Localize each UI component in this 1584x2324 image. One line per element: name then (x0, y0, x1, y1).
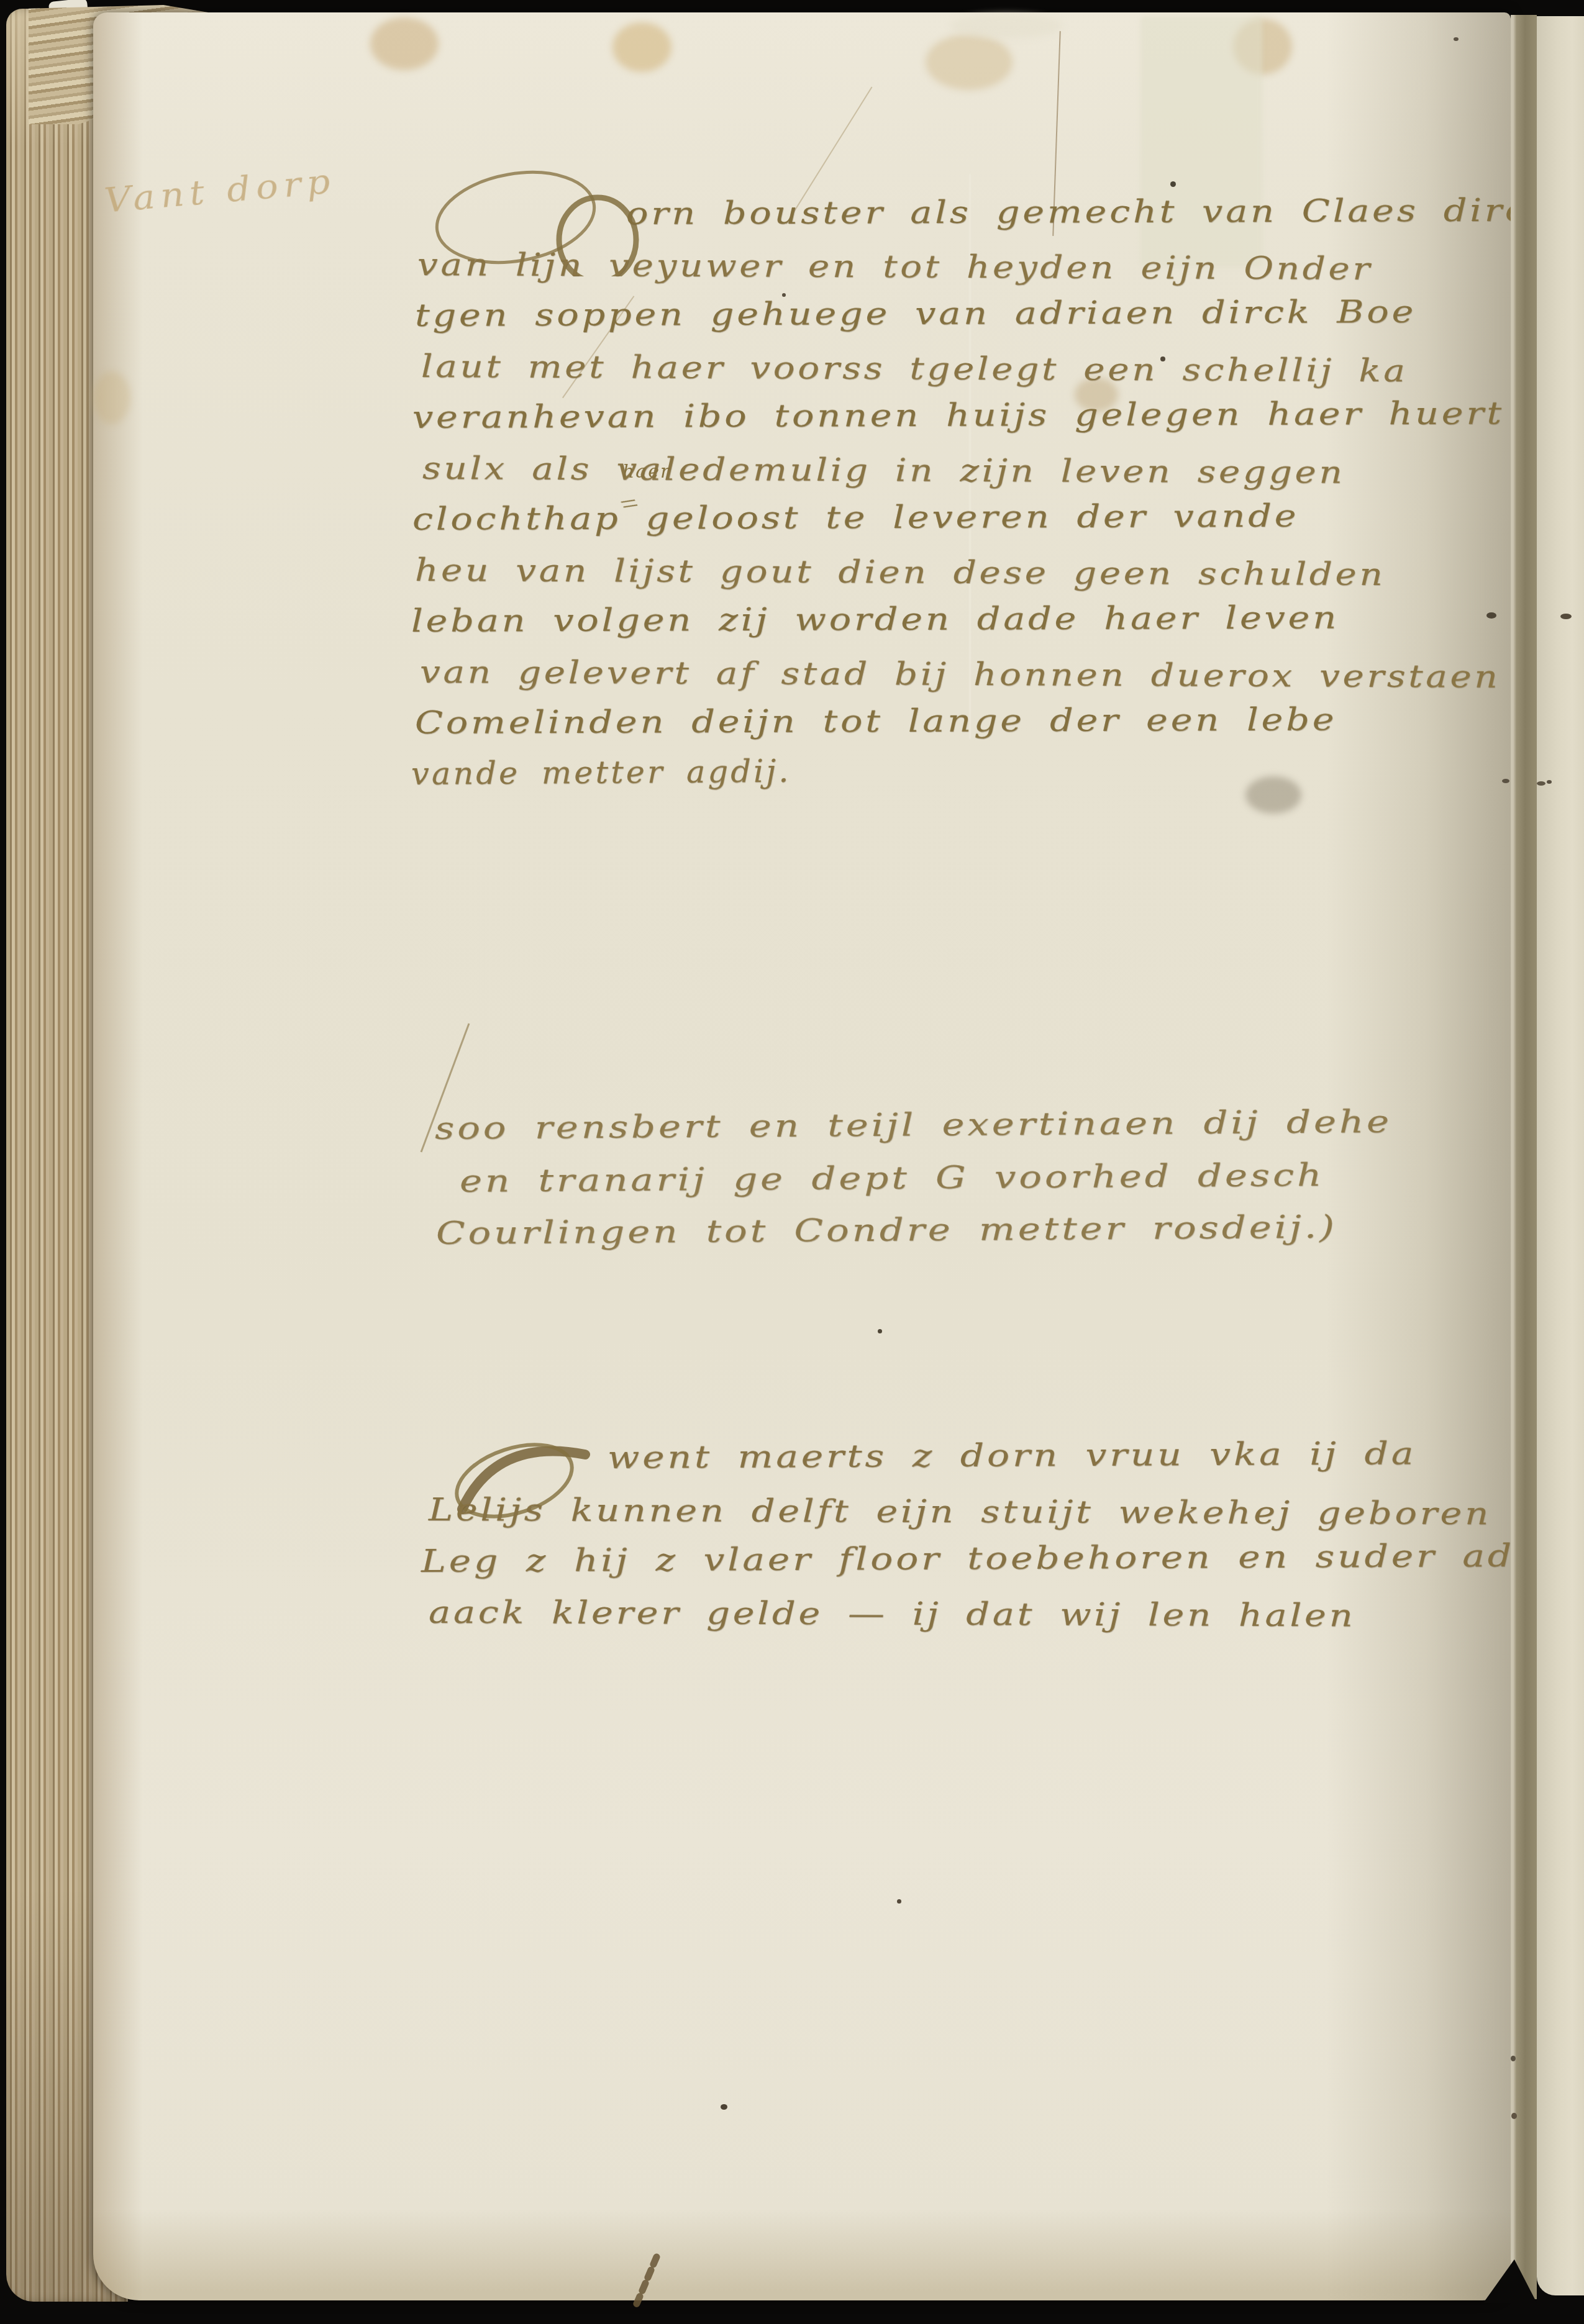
handwritten-line: vande metter agdij. (411, 753, 791, 792)
ink-speck (1511, 2056, 1516, 2061)
ink-speck (1537, 781, 1545, 786)
ink-blot (624, 2253, 668, 2312)
ink-speck (1547, 780, 1552, 784)
handwritten-line: soo rensbert en teijl exertinaen dij deh… (435, 1104, 1393, 1146)
handwritten-line: veranhevan ibo tonnen huijs gelegen haer… (412, 396, 1504, 435)
book-spread: Vant dorp orn bouster als gemecht van Cl… (0, 0, 1584, 2324)
margin-note: Vant dorp (102, 161, 337, 220)
stain (1245, 776, 1301, 814)
handwritten-line: Lelijs kunnen delft eijn stuijt wekehej … (429, 1492, 1491, 1532)
handwritten-line: laut met haer voorss tgelegt een schelli… (421, 348, 1408, 389)
ink-speck (1160, 356, 1165, 361)
manuscript-page: Vant dorp orn bouster als gemecht van Cl… (93, 12, 1511, 2300)
ink-speck (1560, 614, 1572, 619)
handwritten-line: heu van lijst gout dien dese geen schuld… (415, 552, 1386, 592)
stain (612, 22, 671, 72)
handwritten-line: leban volgen zij worden dade haer leven (411, 599, 1339, 639)
handwritten-line: went maerts z dorn vruu vka ij da (608, 1435, 1417, 1476)
ink-speck (1486, 612, 1496, 619)
stain (93, 371, 130, 424)
handwritten-line: orn bouster als gemecht van Claes dircxz (626, 192, 1575, 232)
handwritten-line: Leg z hij z vlaer floor toebehoren en su… (421, 1538, 1550, 1579)
handwritten-line: sulx als valedemulig in zijn leven segge… (422, 450, 1345, 491)
interlinear-insertion: haer (622, 461, 670, 483)
ink-speck (1511, 2113, 1517, 2119)
facing-page-edge (1537, 16, 1584, 2295)
stain (926, 34, 1013, 90)
ink-speck (1454, 37, 1459, 41)
ink-speck (897, 1899, 901, 1904)
ink-speck (721, 2104, 727, 2110)
handwritten-line: Courlingen tot Condre metter rosdeij.) (436, 1209, 1337, 1251)
ink-speck (1502, 779, 1509, 783)
ink-speck (878, 1329, 882, 1333)
stain (370, 17, 439, 70)
handwritten-line: van lijn veyuwer en tot heyden eijn Onde… (417, 247, 1373, 287)
gutter-shadow (1511, 15, 1537, 2299)
handwritten-line: tgen soppen gehuege van adriaen dirck Bo… (415, 294, 1416, 334)
handwritten-line: aack klerer gelde — ij dat wij len halen (429, 1594, 1356, 1634)
handwritten-line: en tranarij ge dept G voorhed desch (460, 1157, 1325, 1199)
handwritten-line: Comelinden deijn tot lange der een lebe (415, 702, 1337, 741)
handwritten-line: van gelevert af stad bij honnen duerox v… (420, 654, 1501, 695)
ink-speck (1170, 181, 1176, 187)
stain (950, 14, 1062, 39)
ink-speck (782, 293, 786, 297)
handwritten-line: clochthap geloost te leveren der vande (412, 498, 1300, 537)
